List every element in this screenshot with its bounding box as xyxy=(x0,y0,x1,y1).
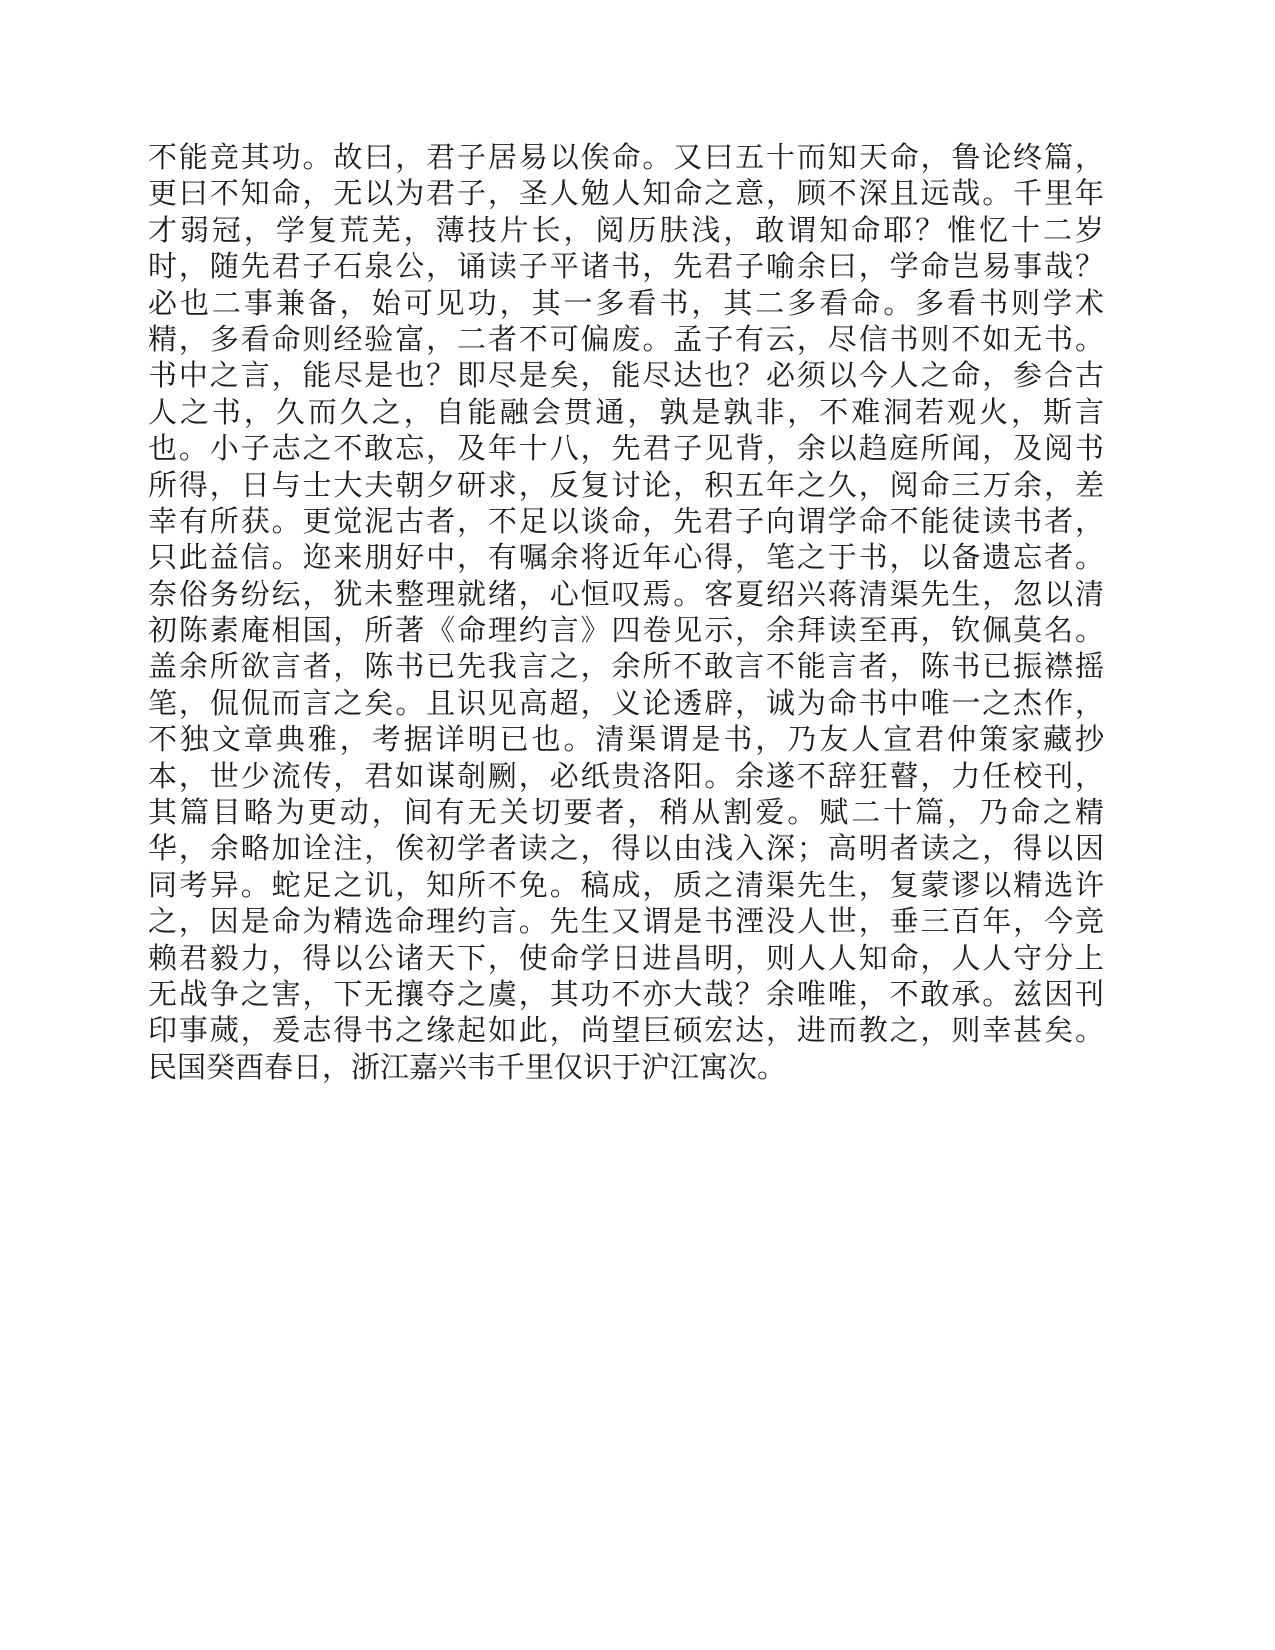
text-line: 之，因是命为精选命理约言。先生又谓是书湮没人世，垂三百年，今竞 xyxy=(148,904,1104,940)
text-line: 人之书，久而久之，自能融会贯通，孰是孰非，不难洞若观火，斯言 xyxy=(148,395,1104,431)
text-line: 赖君毅力，得以公诸天下，使命学日进昌明，则人人知命，人人守分上 xyxy=(148,941,1104,977)
text-line: 笔，侃侃而言之矣。且识见高超，义论透辟，诚为命书中唯一之杰作， xyxy=(148,686,1104,722)
text-line: 本，世少流传，君如谋剞劂，必纸贵洛阳。余遂不辞狂瞽，力任校刊， xyxy=(148,759,1104,795)
text-line: 奈俗务纷纭，犹未整理就绪，心恒叹焉。客夏绍兴蒋清渠先生，忽以清 xyxy=(148,577,1104,613)
text-line-signature: 民国癸酉春日，浙江嘉兴韦千里仅识于沪江寓次。 xyxy=(148,1050,1104,1086)
text-line: 精，多看命则经验富，二者不可偏废。孟子有云，尽信书则不如无书。 xyxy=(148,322,1104,358)
text-line: 书中之言，能尽是也？即尽是矣，能尽达也？必须以今人之命，参合古 xyxy=(148,358,1104,394)
text-line: 华，余略加诠注，俟初学者读之，得以由浅入深；高明者读之，得以因 xyxy=(148,831,1104,867)
document-page: 不能竞其功。故曰，君子居易以俟命。又曰五十而知天命，鲁论终篇， 更曰不知命，无以… xyxy=(0,0,1275,1650)
preface-text-block: 不能竞其功。故曰，君子居易以俟命。又曰五十而知天命，鲁论终篇， 更曰不知命，无以… xyxy=(148,140,1104,1086)
text-line: 必也二事兼备，始可见功，其一多看书，其二多看命。多看书则学术 xyxy=(148,286,1104,322)
text-line: 不能竞其功。故曰，君子居易以俟命。又曰五十而知天命，鲁论终篇， xyxy=(148,140,1104,176)
text-line: 初陈素庵相国，所著《命理约言》四卷见示，余拜读至再，钦佩莫名。 xyxy=(148,613,1104,649)
text-line: 只此益信。迩来朋好中，有嘱余将近年心得，笔之于书，以备遗忘者。 xyxy=(148,540,1104,576)
text-line: 盖余所欲言者，陈书已先我言之，余所不敢言不能言者，陈书已振襟摇 xyxy=(148,649,1104,685)
text-line: 才弱冠，学复荒芜，薄技片长，阅历肤浅，敢谓知命耶？惟忆十二岁 xyxy=(148,213,1104,249)
text-line: 也。小子志之不敢忘，及年十八，先君子见背，余以趋庭所闻，及阅书 xyxy=(148,431,1104,467)
text-line: 同考异。蛇足之讥，知所不免。稿成，质之清渠先生，复蒙谬以精选许 xyxy=(148,868,1104,904)
text-line: 无战争之害，下无攘夺之虞，其功不亦大哉？余唯唯，不敢承。兹因刊 xyxy=(148,977,1104,1013)
text-line: 所得，日与士大夫朝夕研求，反复讨论，积五年之久，阅命三万余，差 xyxy=(148,468,1104,504)
text-line: 不独文章典雅，考据详明已也。清渠谓是书，乃友人宣君仲策家藏抄 xyxy=(148,722,1104,758)
text-line: 其篇目略为更动，间有无关切要者，稍从割爱。赋二十篇，乃命之精 xyxy=(148,795,1104,831)
text-line: 印事蒇，爰志得书之缘起如此，尚望巨硕宏达，进而教之，则幸甚矣。 xyxy=(148,1013,1104,1049)
text-line: 更曰不知命，无以为君子，圣人勉人知命之意，顾不深且远哉。千里年 xyxy=(148,176,1104,212)
text-line: 时，随先君子石泉公，诵读子平诸书，先君子喻余曰，学命岂易事哉？ xyxy=(148,249,1104,285)
text-line: 幸有所获。更觉泥古者，不足以谈命，先君子向谓学命不能徒读书者， xyxy=(148,504,1104,540)
